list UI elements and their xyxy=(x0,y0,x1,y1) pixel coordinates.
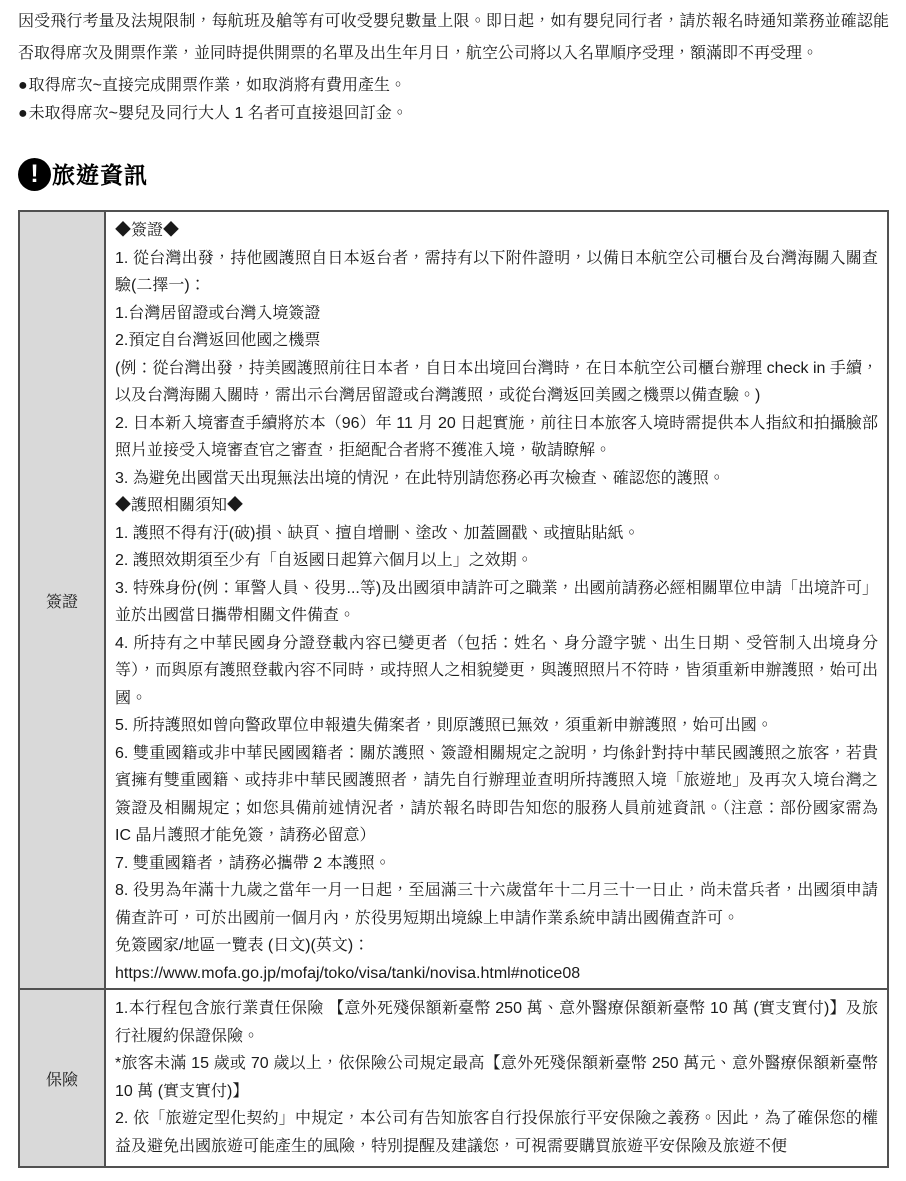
paragraph: ◆護照相關須知◆ xyxy=(115,492,878,520)
paragraph: 4. 所持有之中華民國身分證登載內容已變更者（包括：姓名、身分證字號、出生日期、… xyxy=(115,630,878,713)
paragraph: *旅客未滿 15 歲或 70 歲以上，依保險公司規定最高【意外死殘保額新臺幣 2… xyxy=(115,1050,878,1105)
paragraph: 1. 從台灣出發，持他國護照自日本返台者，需持有以下附件證明，以備日本航空公司櫃… xyxy=(115,245,878,300)
travel-info-table: 簽證 ◆簽證◆ 1. 從台灣出發，持他國護照自日本返台者，需持有以下附件證明，以… xyxy=(18,210,889,1168)
paragraph: ◆簽證◆ xyxy=(115,217,878,245)
bullet-text: 取得席次~直接完成開票作業，如取消將有費用產生。 xyxy=(29,77,406,94)
paragraph: 2. 日本新入境審查手續將於本（96）年 11 月 20 日起實施，前往日本旅客… xyxy=(115,410,878,465)
bullet-icon: ● xyxy=(18,77,28,94)
section-title: 旅遊資訊 xyxy=(52,157,148,190)
paragraph: 7. 雙重國籍者，請務必攜帶 2 本護照。 xyxy=(115,850,878,878)
paragraph: 2. 依「旅遊定型化契約」中規定，本公司有告知旅客自行投保旅行平安保險之義務。因… xyxy=(115,1105,878,1160)
paragraph: 5. 所持護照如曾向警政單位申報遺失備案者，則原護照已無效，須重新申辦護照，始可… xyxy=(115,712,878,740)
paragraph: (例：從台灣出發，持美國護照前往日本者，自日本出境回台灣時，在日本航空公司櫃台辦… xyxy=(115,355,878,410)
bullet-text: 未取得席次~嬰兒及同行大人 1 名者可直接退回訂金。 xyxy=(29,105,408,122)
paragraph: 1. 護照不得有汙(破)損、缺頁、擅自增刪、塗改、加蓋圖戳、或擅貼貼紙。 xyxy=(115,520,878,548)
document-page: 因受飛行考量及法規限制，每航班及艙等有可收受嬰兒數量上限。即日起，如有嬰兒同行者… xyxy=(0,0,906,1168)
paragraph: 8. 役男為年滿十九歲之當年一月一日起，至屆滿三十六歲當年十二月三十一日止，尚未… xyxy=(115,877,878,932)
paragraph: 6. 雙重國籍或非中華民國國籍者：關於護照、簽證相關規定之說明，均係針對持中華民… xyxy=(115,740,878,850)
paragraph: 3. 特殊身份(例：軍警人員、役男...等)及出國須申請許可之職業，出國前請務必… xyxy=(115,575,878,630)
visa-free-url: https://www.mofa.go.jp/mofaj/toko/visa/t… xyxy=(115,960,878,983)
row-label-visa: 簽證 xyxy=(19,211,105,989)
intro-paragraph: 因受飛行考量及法規限制，每航班及艙等有可收受嬰兒數量上限。即日起，如有嬰兒同行者… xyxy=(18,6,889,69)
insurance-content: 1.本行程包含旅行業責任保險 【意外死殘保額新臺幣 250 萬、意外醫療保額新臺… xyxy=(115,995,878,1160)
table-row-visa: 簽證 ◆簽證◆ 1. 從台灣出發，持他國護照自日本返台者，需持有以下附件證明，以… xyxy=(19,211,888,989)
paragraph: 1.台灣居留證或台灣入境簽證 xyxy=(115,300,878,328)
paragraph: 3. 為避免出國當天出現無法出境的情況，在此特別請您務必再次檢查、確認您的護照。 xyxy=(115,465,878,493)
exclamation-circle-icon: ! xyxy=(18,158,51,191)
paragraph: 免簽國家/地區一覽表 (日文)(英文)： xyxy=(115,932,878,960)
table-row-insurance: 保險 1.本行程包含旅行業責任保險 【意外死殘保額新臺幣 250 萬、意外醫療保… xyxy=(19,989,888,1167)
paragraph: 2. 護照效期須至少有「自返國日起算六個月以上」之效期。 xyxy=(115,547,878,575)
paragraph: 1.本行程包含旅行業責任保險 【意外死殘保額新臺幣 250 萬、意外醫療保額新臺… xyxy=(115,995,878,1050)
row-label-insurance: 保險 xyxy=(19,989,105,1167)
bullet-item: ●取得席次~直接完成開票作業，如取消將有費用產生。 xyxy=(18,72,889,100)
bullet-icon: ● xyxy=(18,105,28,122)
insurance-content-cell: 1.本行程包含旅行業責任保險 【意外死殘保額新臺幣 250 萬、意外醫療保額新臺… xyxy=(105,989,888,1167)
bullet-item: ●未取得席次~嬰兒及同行大人 1 名者可直接退回訂金。 xyxy=(18,100,889,128)
visa-content: ◆簽證◆ 1. 從台灣出發，持他國護照自日本返台者，需持有以下附件證明，以備日本… xyxy=(115,217,878,982)
visa-content-cell: ◆簽證◆ 1. 從台灣出發，持他國護照自日本返台者，需持有以下附件證明，以備日本… xyxy=(105,211,888,989)
paragraph: 2.預定自台灣返回他國之機票 xyxy=(115,327,878,355)
bullet-list: ●取得席次~直接完成開票作業，如取消將有費用產生。 ●未取得席次~嬰兒及同行大人… xyxy=(18,72,889,128)
section-header: ! 旅遊資訊 xyxy=(18,155,889,191)
